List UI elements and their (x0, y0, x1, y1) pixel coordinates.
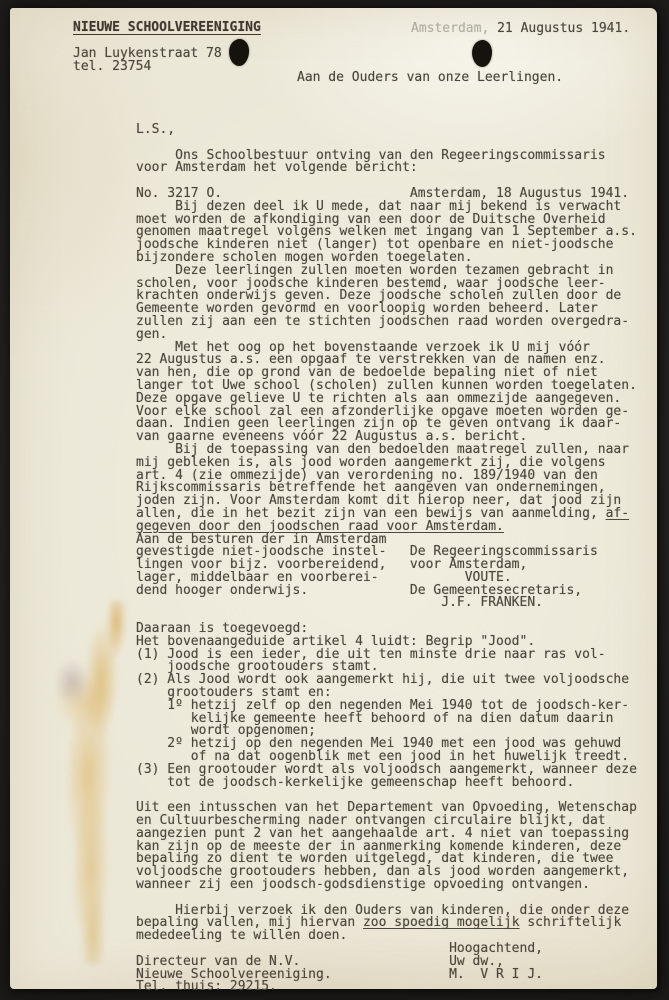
letter-line: voor Amsterdam het volgende bericht: (136, 162, 637, 175)
punch-hole-left (228, 38, 250, 66)
letter-line: wanneer zij een joodsch-godsdienstige op… (136, 879, 637, 892)
date-rest: 21 Augustus 1941. (489, 21, 630, 36)
document-page: NIEUWE SCHOOLVEREENIGING Jan Luykenstraa… (10, 8, 657, 989)
recipient-line: Aan de Ouders van onze Leerlingen. (297, 70, 563, 85)
letter-text: Tel. thuis: 29215. (136, 979, 277, 994)
letter-text: tot de joodsch-kerkelijke gemeenschap he… (136, 775, 574, 790)
letter-line: L.S., (136, 124, 637, 137)
tape-stain (38, 599, 143, 965)
underlined-text: zoo spoedig mogelijk (363, 915, 520, 930)
letter-text: zullen zij aan een te stichten joodschen… (136, 314, 629, 329)
letter-text: voor Amsterdam het volgende bericht: (136, 160, 418, 175)
punch-hole-right (472, 40, 493, 68)
letter-line: Tel. thuis: 29215. (136, 981, 637, 994)
stain-spot (54, 658, 90, 706)
photo-background: NIEUWE SCHOOLVEREENIGING Jan Luykenstraa… (0, 0, 669, 1000)
letter-text: schriftelijk (520, 915, 622, 930)
org-phone: tel. 23754 (73, 59, 151, 74)
underlined-text: af- (606, 506, 629, 521)
date-line: Amsterdam, 21 Augustus 1941. (411, 21, 630, 36)
letter-text: J.F. FRANKEN. (136, 595, 543, 610)
org-name: NIEUWE SCHOOLVEREENIGING (73, 20, 261, 35)
letter-line: J.F. FRANKEN. (136, 597, 637, 610)
letter-line: zullen zij aan een te stichten joodschen… (136, 316, 637, 329)
letter-line: tot de joodsch-kerkelijke gemeenschap he… (136, 777, 637, 790)
letter-text: wanneer zij een joodsch-godsdienstige op… (136, 877, 590, 892)
letter-body: L.S., Ons Schoolbestuur ontving van den … (136, 124, 637, 994)
date-city: Amsterdam, (411, 21, 489, 36)
